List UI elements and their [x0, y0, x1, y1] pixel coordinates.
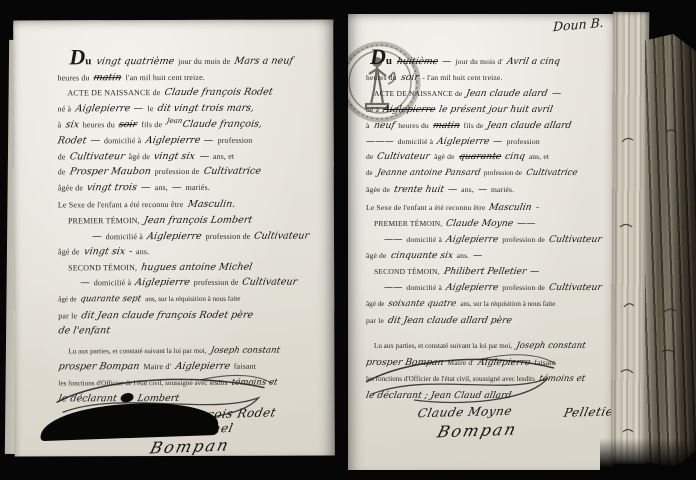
- text-segment: Avril a cinq: [506, 55, 561, 69]
- text-segment: profession: [218, 136, 253, 145]
- text-segment: jour du mois d': [455, 57, 503, 66]
- text-segment: âgé de: [434, 152, 455, 161]
- text-segment: fils de: [464, 121, 484, 130]
- text-segment: Le Sexe de l'enfant a été reconnu être: [58, 200, 184, 209]
- text-segment: matin: [92, 71, 122, 85]
- text-segment: de: [58, 168, 66, 177]
- text-segment: domicilié à: [398, 137, 434, 146]
- text-line: le déclarantLombert: [59, 390, 331, 407]
- text-line: —domicilié àAiglepierreprofession deCult…: [58, 274, 330, 291]
- text-segment: de: [366, 152, 373, 161]
- text-segment: —: [529, 265, 541, 279]
- text-segment: Aiglepierre: [382, 103, 437, 117]
- text-segment: SECOND TÉMOIN,: [68, 263, 137, 272]
- text-segment: domicilié à: [106, 232, 143, 241]
- text-segment: Maire d': [447, 358, 473, 367]
- text-line: âgé devingt six-ans.: [58, 243, 330, 260]
- text-segment: ans, sur la réquisition à nous faite: [145, 295, 240, 303]
- text-segment: Maire d': [143, 362, 171, 371]
- text-segment: Aiglepierre: [445, 281, 500, 295]
- text-segment: âgé de: [129, 152, 151, 161]
- text-line: prosper BompanMaire d'Aiglepierrefaisant: [366, 354, 610, 370]
- text-segment: Jean: [165, 115, 183, 129]
- text-segment: dit Jean claude allard père: [387, 314, 513, 328]
- text-segment: Prosper Maubon: [68, 165, 151, 179]
- text-segment: domicilié à: [104, 136, 141, 145]
- text-segment: le: [147, 104, 153, 113]
- text-segment: -: [128, 245, 134, 259]
- text-segment: de: [366, 169, 373, 177]
- text-segment: profession: [507, 137, 540, 146]
- text-segment: —: [133, 102, 145, 116]
- text-segment: profession de: [206, 231, 251, 240]
- text-segment: Cultivateur: [376, 150, 431, 164]
- text-segment: le déclarant: [57, 393, 117, 407]
- right-register-page: Doun B. Duhuitième—jour du mois d'Avril …: [348, 14, 614, 470]
- text-segment: ans, sur la réquisition à nous faite: [460, 300, 555, 308]
- text-segment: par le: [366, 316, 384, 325]
- text-segment: Masculin.: [186, 198, 236, 212]
- text-segment: —: [447, 183, 459, 197]
- text-segment: —: [551, 87, 563, 101]
- text-line: deCultivateurâgé dequarantecinqans, et: [366, 148, 610, 164]
- text-segment: profession de: [502, 283, 545, 292]
- text-segment: de l'enfant: [57, 324, 111, 338]
- text-line: Lu aux parties, et constaté suivant la l…: [58, 341, 330, 359]
- text-segment: faisant: [234, 362, 256, 371]
- text-segment: —: [91, 230, 103, 244]
- text-line: ——domicilié àAiglepierreprofession deCul…: [366, 231, 610, 247]
- text-line: deCultivateurâgé devingt six—ans, et: [58, 147, 330, 164]
- text-segment: prosper Bompan: [365, 356, 445, 370]
- signature: Claude Moyne: [416, 405, 513, 421]
- text-segment: Cultivateur: [548, 281, 603, 295]
- text-line: SECOND TÉMOIN,Philibert Pelletier—: [366, 263, 610, 279]
- text-segment: - l'an mil huit cent treize.: [422, 73, 502, 82]
- text-segment: Lu aux parties, et constaté suivant la l…: [68, 347, 206, 355]
- text-segment: -: [535, 201, 541, 215]
- text-segment: Cultivateur: [241, 276, 298, 290]
- text-segment: Claude françois,: [182, 118, 264, 132]
- text-segment: Du: [370, 50, 392, 69]
- text-segment: heures du: [398, 121, 429, 130]
- text-segment: témoins et: [538, 373, 586, 387]
- text-line: prosper BompanMaire d'Aiglepierrefaisant: [58, 358, 330, 375]
- text-segment: profession de: [155, 167, 200, 176]
- text-segment: ans.: [136, 247, 149, 256]
- text-segment: heures du: [57, 73, 89, 82]
- text-segment: Philibert Pelletier: [442, 265, 527, 279]
- text-segment: trente huit: [393, 183, 445, 197]
- text-segment: Joseph constant: [209, 344, 281, 358]
- text-segment: Cultivatrice: [525, 167, 579, 181]
- text-segment: —: [79, 277, 91, 291]
- binding-texture: [645, 34, 696, 468]
- text-segment: —: [441, 55, 453, 69]
- text-segment: heures du: [366, 73, 397, 82]
- text-segment: ACTE DE NAISSANCE de: [67, 88, 160, 97]
- signature: Bompan: [149, 439, 232, 456]
- ink-blot: [120, 393, 134, 404]
- right-page-text: Duhuitième—jour du mois d'Avril a cinqhe…: [366, 50, 610, 439]
- text-segment: Cultivatrice: [202, 165, 262, 179]
- text-segment: prosper Bompan: [57, 360, 140, 374]
- text-line: âgé decinquante sixans.—: [366, 247, 610, 263]
- text-segment: —: [89, 134, 101, 148]
- text-segment: quarante: [457, 150, 502, 164]
- text-segment: PREMIER TÉMOIN,: [374, 219, 442, 228]
- text-segment: âgée de: [58, 183, 83, 192]
- text-line: Duvingt quatrièmejour du mois deMars a n…: [57, 49, 329, 69]
- left-register-page: Duvingt quatrièmejour du mois deMars a n…: [13, 19, 335, 456]
- text-segment: ———: [365, 135, 395, 149]
- text-segment: Jeanne antoine Pansard: [375, 167, 481, 181]
- text-line: né àAiglepierre—ledit vingt trois mars,: [58, 99, 330, 116]
- text-segment: domicilié à: [406, 235, 442, 244]
- text-segment: cinquante six: [389, 249, 454, 263]
- text-line: ——domicilié àAiglepierreprofession deCul…: [366, 279, 610, 295]
- text-segment: Aiglepierre: [174, 360, 231, 374]
- text-segment: Aiglepierre: [146, 229, 203, 243]
- text-segment: cinq: [504, 150, 526, 164]
- left-page-text: Duvingt quatrièmejour du mois deMars a n…: [57, 49, 330, 455]
- text-segment: —: [198, 149, 210, 163]
- text-segment: profession de: [194, 278, 239, 287]
- text-segment: huitième: [396, 55, 439, 69]
- text-line: ACTE DE NAISSANCE deClaude françois Rode…: [57, 84, 329, 101]
- text-line: âgée devingt trois—ans,—mariés.: [58, 178, 330, 195]
- text-segment: âgée de: [366, 185, 390, 194]
- text-segment: profession de: [502, 235, 545, 244]
- text-line: PREMIER TÉMOIN,Claude Moyne——: [366, 215, 610, 231]
- text-line: ACTE DE NAISSANCE deJean claude alard—: [366, 85, 610, 101]
- text-segment: né à: [366, 105, 379, 114]
- text-segment: Claude françois Rodet: [163, 86, 273, 100]
- text-segment: profession de: [484, 169, 522, 177]
- text-segment: Jean françois Lombert: [143, 214, 254, 228]
- text-segment: à: [366, 121, 370, 130]
- text-segment: ans,: [461, 185, 474, 194]
- text-segment: —: [472, 249, 484, 263]
- text-segment: Le Sexe de l'enfant a été reconnu être: [366, 203, 485, 212]
- text-segment: le présent jour huit avril: [438, 103, 554, 117]
- text-line: heures dumatinl'an mil huit cent treize.: [57, 68, 329, 85]
- text-line: —domicilié àAiglepierreprofession deCult…: [58, 227, 330, 244]
- text-line: Claude MoynePelletier: [366, 405, 610, 420]
- text-segment: Jean claude alard: [465, 87, 549, 101]
- text-segment: Aiglepierre: [144, 134, 201, 148]
- text-segment: domicilié à: [94, 278, 131, 287]
- text-segment: mariés.: [491, 185, 514, 194]
- text-segment: dit Jean claude françois Rodet père: [80, 308, 254, 322]
- text-segment: le déclarant ; Jean Claud allard: [365, 389, 513, 403]
- text-segment: vingt six: [153, 149, 196, 163]
- text-segment: soir: [118, 118, 139, 132]
- text-segment: —: [140, 181, 152, 195]
- text-line: âgé desoixante quatreans, sur la réquisi…: [366, 295, 610, 312]
- text-segment: soixante quatre: [387, 298, 457, 312]
- text-segment: fils de: [141, 120, 162, 129]
- text-line: Bompan: [366, 424, 610, 439]
- text-segment: —: [477, 183, 489, 197]
- text-segment: ACTE DE NAISSANCE de: [374, 89, 462, 98]
- text-segment: témoins et: [230, 377, 278, 391]
- text-segment: de: [58, 152, 66, 161]
- text-segment: ans.: [457, 251, 470, 260]
- text-segment: dit vingt trois mars,: [156, 101, 255, 115]
- text-line: âgé dequarante septans, sur la réquisiti…: [58, 289, 330, 307]
- text-line: ———domicilié àAiglepierre—profession: [366, 133, 610, 149]
- text-line: Lu aux parties, et constaté suivant la l…: [366, 337, 610, 354]
- text-segment: soir: [399, 71, 419, 85]
- text-segment: quarante sept: [79, 293, 142, 307]
- page-edges-strip: [611, 12, 649, 464]
- text-segment: jour du mois de: [178, 57, 230, 66]
- text-segment: SECOND TÉMOIN,: [374, 267, 440, 276]
- signature: Pelletier: [562, 405, 614, 420]
- signature: Bompan: [436, 423, 519, 440]
- text-line: SECOND TÉMOIN,hugues antoine Michel: [58, 258, 330, 275]
- text-segment: ——: [383, 281, 404, 295]
- text-segment: par le: [58, 311, 77, 320]
- text-line: les fonctions d'Officier de l'état civil…: [366, 370, 610, 387]
- text-line: àsixheures dusoirfils deJeanClaude franç…: [58, 115, 330, 133]
- text-segment: Aiglepierre: [436, 135, 491, 149]
- text-segment: —: [171, 181, 183, 195]
- text-segment: Du: [69, 50, 91, 69]
- text-segment: vingt six: [82, 245, 125, 259]
- text-segment: l'an mil huit cent treize.: [126, 72, 205, 81]
- text-segment: Mars a neuf: [233, 55, 294, 69]
- text-segment: vingt trois: [86, 181, 138, 195]
- text-line: PREMIER TÉMOIN,Jean françois Lombert: [58, 211, 330, 228]
- text-segment: Cultivateur: [548, 233, 603, 247]
- text-segment: âgé de: [366, 300, 384, 308]
- text-segment: vingt quatrième: [95, 55, 175, 69]
- text-line: de l'enfant: [58, 322, 330, 339]
- text-segment: âgé de: [58, 295, 76, 303]
- binding-strip: [645, 34, 696, 468]
- text-segment: ans,: [155, 183, 168, 192]
- text-segment: âgé de: [366, 251, 387, 260]
- text-segment: Masculin: [488, 201, 533, 215]
- text-segment: ans, et: [213, 151, 235, 160]
- text-segment: Lu aux parties, et constaté suivant la l…: [374, 342, 512, 350]
- register-scan: Duvingt quatrièmejour du mois deMars a n…: [0, 0, 696, 480]
- text-segment: mariés.: [185, 183, 209, 192]
- text-segment: matin: [432, 119, 461, 133]
- text-segment: hugues antoine Michel: [140, 260, 253, 274]
- text-line: heures dusoir- l'an mil huit cent treize…: [366, 69, 610, 85]
- text-segment: heures du: [83, 121, 115, 130]
- text-segment: Cultivateur: [253, 229, 310, 243]
- text-segment: domicilié à: [406, 283, 442, 292]
- text-segment: Aiglepierre: [134, 276, 191, 290]
- text-line: par ledit Jean claude allard père: [366, 312, 610, 328]
- text-line: Le Sexe de l'enfant a été reconnu êtreMa…: [366, 199, 610, 215]
- text-line: né àAiglepierrele présent jour huit avri…: [366, 101, 610, 117]
- text-segment: faisant: [534, 358, 555, 367]
- text-segment: PREMIER TÉMOIN,: [68, 216, 140, 225]
- text-segment: Cultivateur: [68, 150, 125, 164]
- bottom-shadow: [600, 438, 696, 480]
- text-segment: les fonctions d'Officier de l'état civil…: [58, 379, 227, 388]
- text-segment: ——: [516, 217, 537, 231]
- text-line: deProsper Maubonprofession deCultivatric…: [58, 163, 330, 180]
- text-line: Duhuitième—jour du mois d'Avril a cinq: [366, 50, 610, 69]
- text-segment: Aiglepierre: [74, 102, 131, 116]
- text-segment: ans, et: [529, 152, 549, 161]
- text-segment: Rodet: [56, 134, 87, 148]
- text-segment: —: [492, 135, 504, 149]
- text-line: àneufheures dumatinfils deJean claude al…: [366, 117, 610, 133]
- text-line: Le Sexe de l'enfant a été reconnu êtreMa…: [58, 196, 330, 213]
- text-line: Bompan: [59, 440, 331, 456]
- text-segment: neuf: [372, 119, 395, 133]
- text-line: les fonctions d'Officier de l'état civil…: [58, 373, 330, 391]
- text-line: deJeanne antoine Pansardprofession deCul…: [366, 164, 610, 181]
- text-line: par ledit Jean claude françois Rodet pèr…: [58, 306, 330, 323]
- text-segment: à: [58, 121, 62, 130]
- text-segment: Aiglepierre: [445, 233, 500, 247]
- text-segment: six: [64, 119, 80, 133]
- text-segment: ——: [383, 233, 404, 247]
- archive-annotation: Doun B.: [553, 15, 604, 35]
- text-line: Rodet—domicilié àAiglepierre—profession: [58, 131, 330, 148]
- text-segment: Aiglepierre: [477, 356, 532, 370]
- text-line: âgée detrente huit—ans,—mariés.: [366, 181, 610, 197]
- text-segment: Joseph constant: [515, 340, 587, 354]
- text-line: le déclarant ; Jean Claud allard: [366, 387, 610, 403]
- text-segment: âgé de: [58, 247, 80, 256]
- text-segment: les fonctions d'Officier de l'état civil…: [366, 375, 535, 383]
- text-segment: Jean claude allard: [486, 119, 573, 133]
- text-segment: né à: [58, 104, 72, 113]
- text-segment: Claude Moyne: [445, 217, 515, 231]
- text-segment: —: [203, 134, 215, 148]
